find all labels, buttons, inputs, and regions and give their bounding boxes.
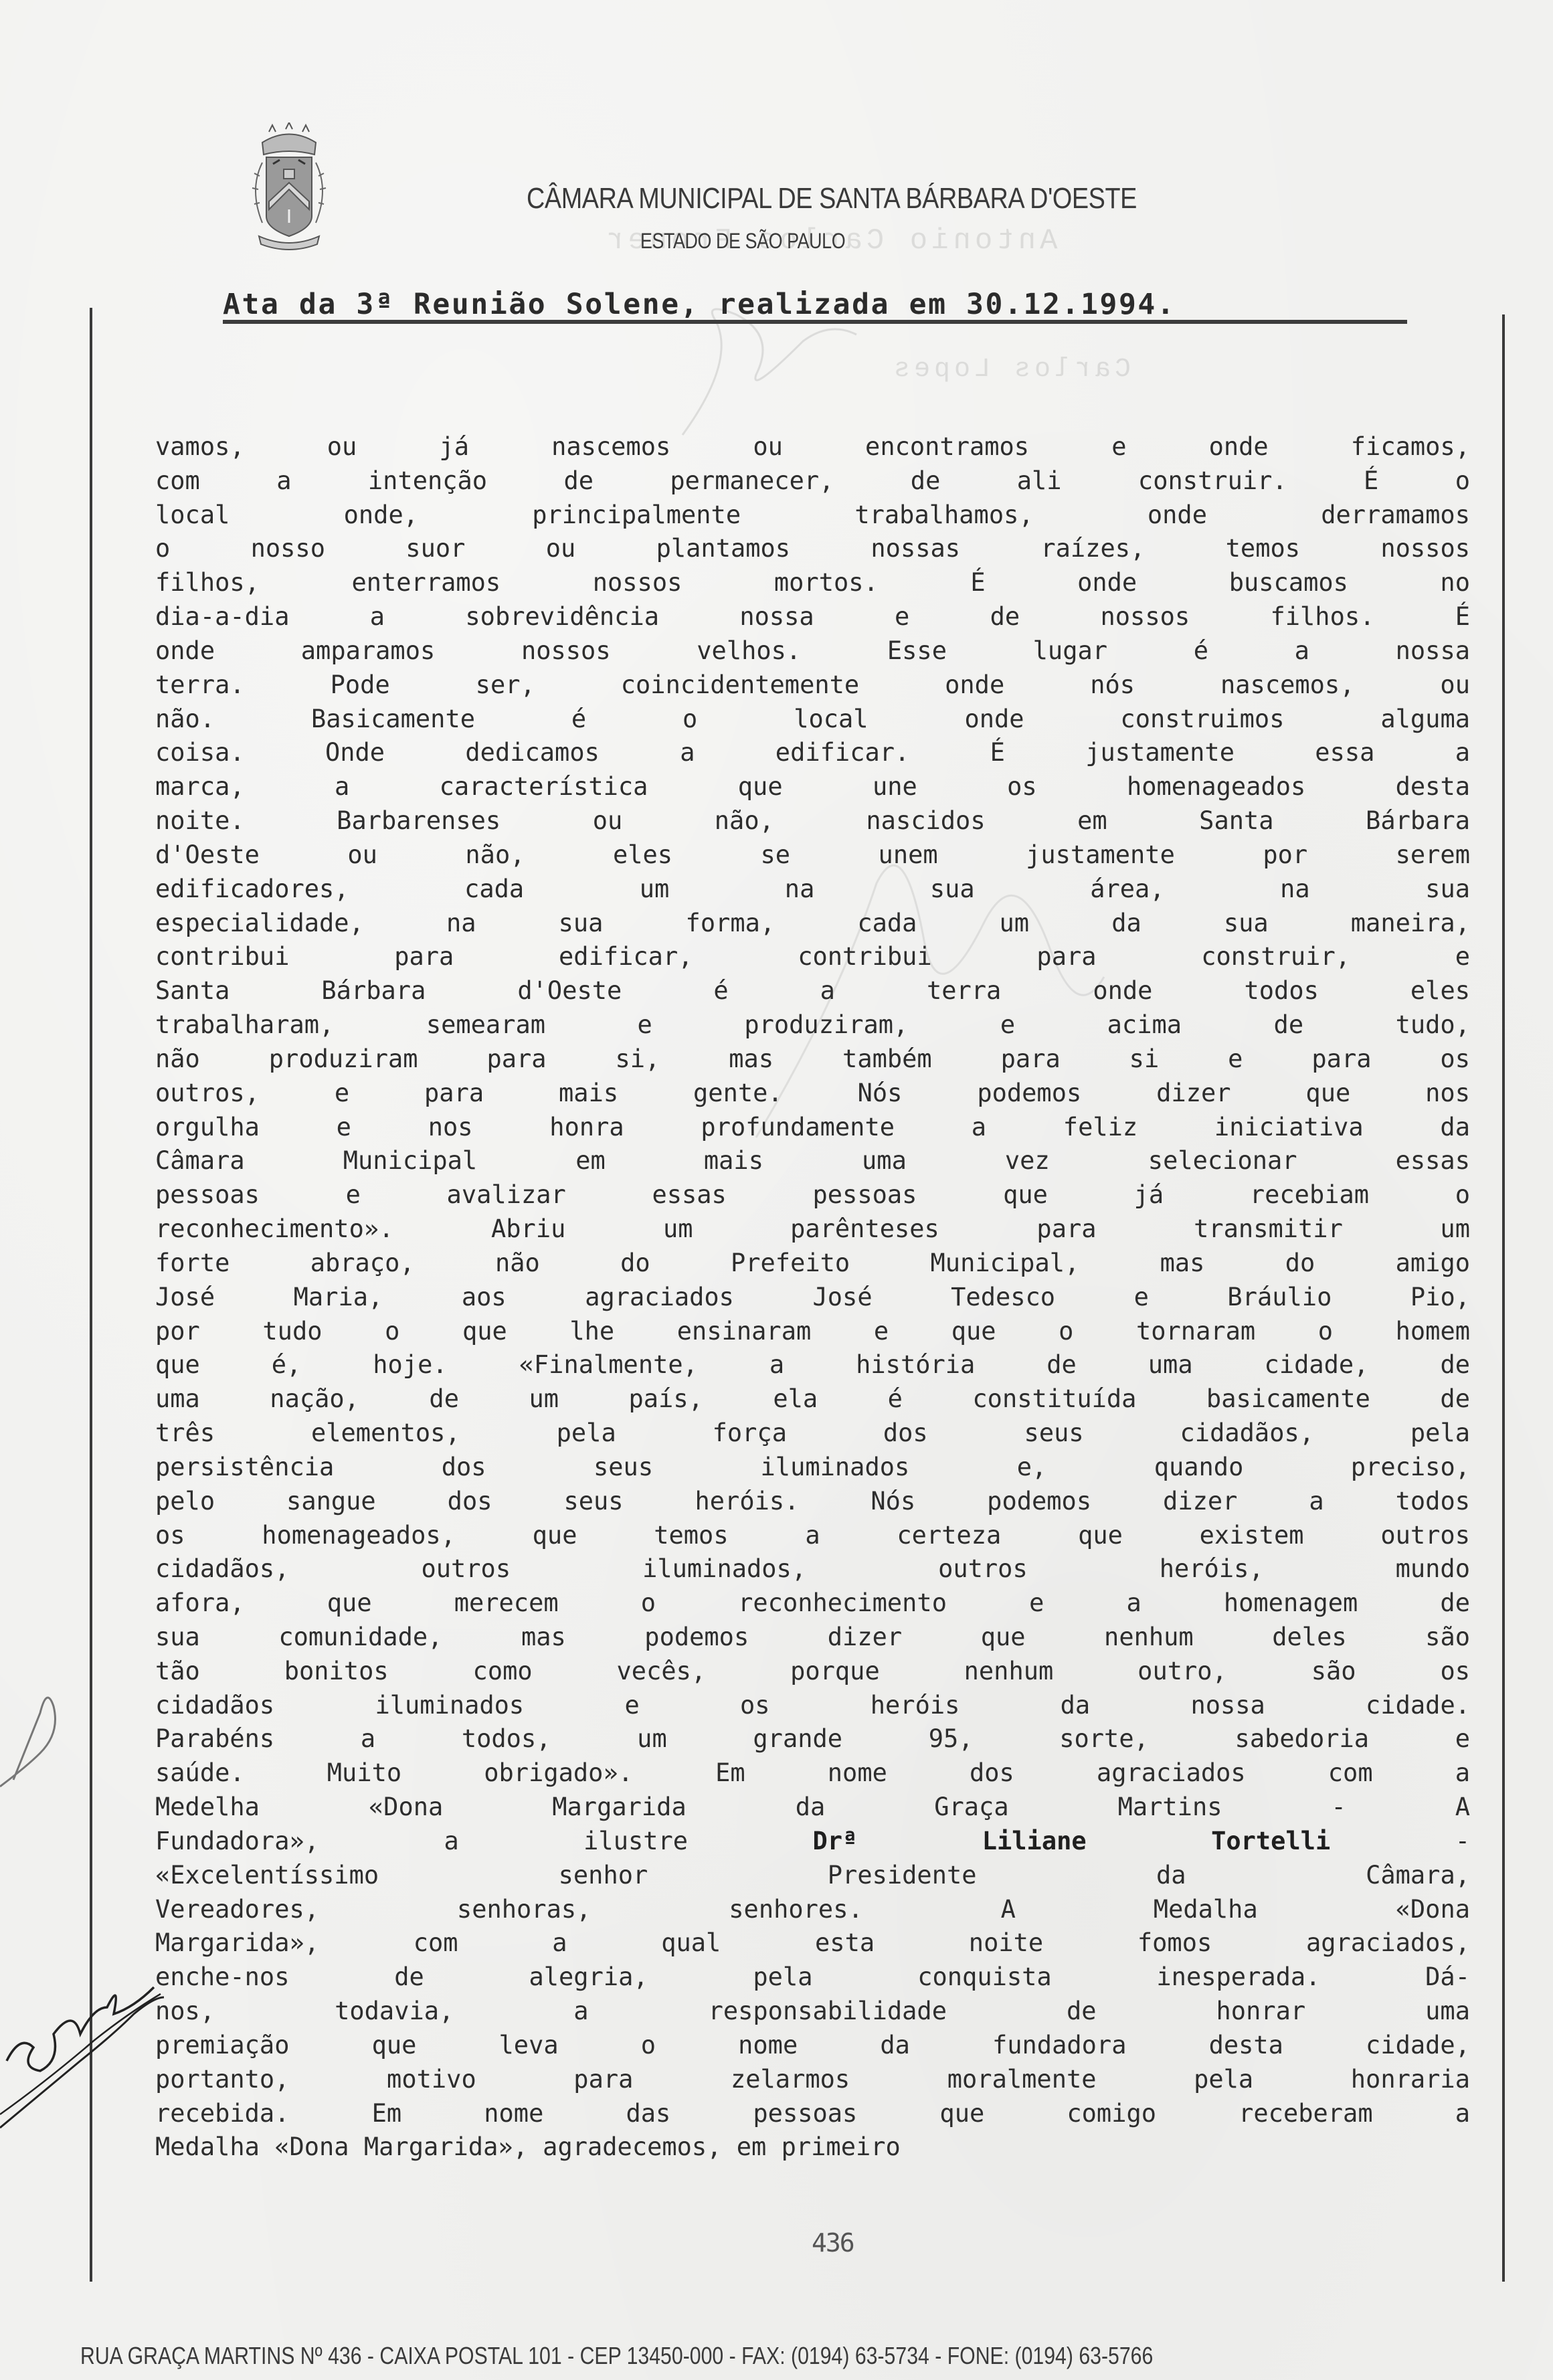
text-line: três elementos, pela força dos seus cida… bbox=[155, 1416, 1470, 1451]
text-line: contribui para edificar, contribui para … bbox=[155, 940, 1470, 974]
text-line: pessoas e avalizar essas pessoas que já … bbox=[155, 1178, 1470, 1212]
text-line: enche-nos de alegria, pela conquista ine… bbox=[155, 1960, 1470, 1995]
text-line: por tudo o que lhe ensinaram e que o tor… bbox=[155, 1315, 1470, 1349]
text-line: o nosso suor ou plantamos nossas raízes,… bbox=[155, 532, 1470, 566]
text-line: cidadãos, outros iluminados, outros heró… bbox=[155, 1552, 1470, 1586]
text-line: coisa. Onde dedicamos a edificar. É just… bbox=[155, 736, 1470, 770]
text-line: onde amparamos nossos velhos. Esse lugar… bbox=[155, 634, 1470, 668]
text-line: Vereadores, senhoras, senhores. A Medalh… bbox=[155, 1893, 1470, 1927]
document-page: CÂMARA MUNICIPAL DE SANTA BÁRBARA D'OEST… bbox=[0, 0, 1553, 2380]
minutes-title: Ata da 3ª Reunião Solene, realizada em 3… bbox=[223, 288, 1176, 321]
text-line: sua comunidade, mas podemos dizer que ne… bbox=[155, 1621, 1470, 1655]
text-line: uma nação, de um país, ela é constituída… bbox=[155, 1382, 1470, 1416]
text-line: d'Oeste ou não, eles se unem justamente … bbox=[155, 838, 1470, 873]
text-line: pelo sangue dos seus heróis. Nós podemos… bbox=[155, 1485, 1470, 1519]
text-line: reconhecimento». Abriu um parênteses par… bbox=[155, 1212, 1470, 1247]
text-line: Medelha «Dona Margarida da Graça Martins… bbox=[155, 1791, 1470, 1825]
text-line: cidadãos iluminados e os heróis da nossa… bbox=[155, 1689, 1470, 1723]
text-line: persistência dos seus iluminados e, quan… bbox=[155, 1451, 1470, 1485]
text-line: Parabéns a todos, um grande 95, sorte, s… bbox=[155, 1722, 1470, 1756]
text-line: local onde, principalmente trabalhamos, … bbox=[155, 498, 1470, 533]
text-line: afora, que merecem o reconhecimento e a … bbox=[155, 1586, 1470, 1621]
text-line: Fundadora», a ilustre Drª Liliane Tortel… bbox=[155, 1825, 1470, 1859]
text-line: dia-a-dia a sobrevidência nossa e de nos… bbox=[155, 600, 1470, 634]
text-line: orgulha e nos honra profundamente a feli… bbox=[155, 1111, 1470, 1145]
text-line: José Maria, aos agraciados José Tedesco … bbox=[155, 1281, 1470, 1315]
text-line: não. Basicamente é o local onde construi… bbox=[155, 703, 1470, 737]
text-line: forte abraço, não do Prefeito Municipal,… bbox=[155, 1247, 1470, 1281]
text-line: trabalharam, semearam e produziram, e ac… bbox=[155, 1008, 1470, 1042]
right-margin-rule bbox=[1502, 314, 1505, 2282]
text-line: edificadores, cada um na sua área, na su… bbox=[155, 873, 1470, 907]
text-segment: Fundadora», a ilustre bbox=[155, 1827, 812, 1855]
text-line: nos, todavia, a responsabilidade de honr… bbox=[155, 1995, 1470, 2029]
text-line: filhos, enterramos nossos mortos. É onde… bbox=[155, 566, 1470, 600]
text-line: marca, a característica que une os homen… bbox=[155, 770, 1470, 804]
text-line: recebida. Em nome das pessoas que comigo… bbox=[155, 2097, 1470, 2131]
footer-address: RUA GRAÇA MARTINS Nº 436 - CAIXA POSTAL … bbox=[80, 2342, 1277, 2370]
text-line: tão bonitos como vecês, porque nenhum ou… bbox=[155, 1655, 1470, 1689]
handwritten-signature-icon bbox=[0, 1633, 174, 2141]
institution-name: CÂMARA MUNICIPAL DE SANTA BÁRBARA D'OEST… bbox=[527, 182, 1142, 215]
text-line: premiação que leva o nome da fundadora d… bbox=[155, 2029, 1470, 2063]
text-line: Margarida», com a qual esta noite fomos … bbox=[155, 1926, 1470, 1960]
text-line: outros, e para mais gente. Nós podemos d… bbox=[155, 1077, 1470, 1111]
text-line: os homenageados, que temos a certeza que… bbox=[155, 1519, 1470, 1553]
title-underline bbox=[223, 320, 1407, 324]
text-line: vamos, ou já nascemos ou encontramos e o… bbox=[155, 430, 1470, 464]
text-line: terra. Pode ser, coincidentemente onde n… bbox=[155, 668, 1470, 703]
text-line: noite. Barbarenses ou não, nascidos em S… bbox=[155, 804, 1470, 838]
bleed-through-text: Carlos Lopes bbox=[890, 355, 1131, 385]
text-line: saúde. Muito obrigado». Em nome dos agra… bbox=[155, 1756, 1470, 1791]
text-segment: - bbox=[1330, 1827, 1470, 1855]
text-line: Santa Bárbara d'Oeste é a terra onde tod… bbox=[155, 974, 1470, 1008]
institution-state: ESTADO DE SÃO PAULO bbox=[640, 229, 845, 254]
text-line: que é, hoje. «Finalmente, a história de … bbox=[155, 1348, 1470, 1382]
text-line: Câmara Municipal em mais uma vez selecio… bbox=[155, 1144, 1470, 1178]
minutes-body: vamos, ou já nascemos ou encontramos e o… bbox=[155, 430, 1470, 2165]
text-line: «Excelentíssimo senhor Presidente da Câm… bbox=[155, 1859, 1470, 1893]
text-line: não produziram para si, mas também para … bbox=[155, 1042, 1470, 1077]
text-line: especialidade, na sua forma, cada um da … bbox=[155, 907, 1470, 941]
text-line: com a intenção de permanecer, de ali con… bbox=[155, 464, 1470, 498]
text-line: portanto, motivo para zelarmos moralment… bbox=[155, 2063, 1470, 2097]
honoree-name: Drª Liliane Tortelli bbox=[812, 1827, 1330, 1855]
coat-of-arms-icon bbox=[236, 122, 343, 256]
text-line: Medalha «Dona Margarida», agradecemos, e… bbox=[155, 2130, 1470, 2165]
page-number: 436 bbox=[812, 2228, 854, 2258]
